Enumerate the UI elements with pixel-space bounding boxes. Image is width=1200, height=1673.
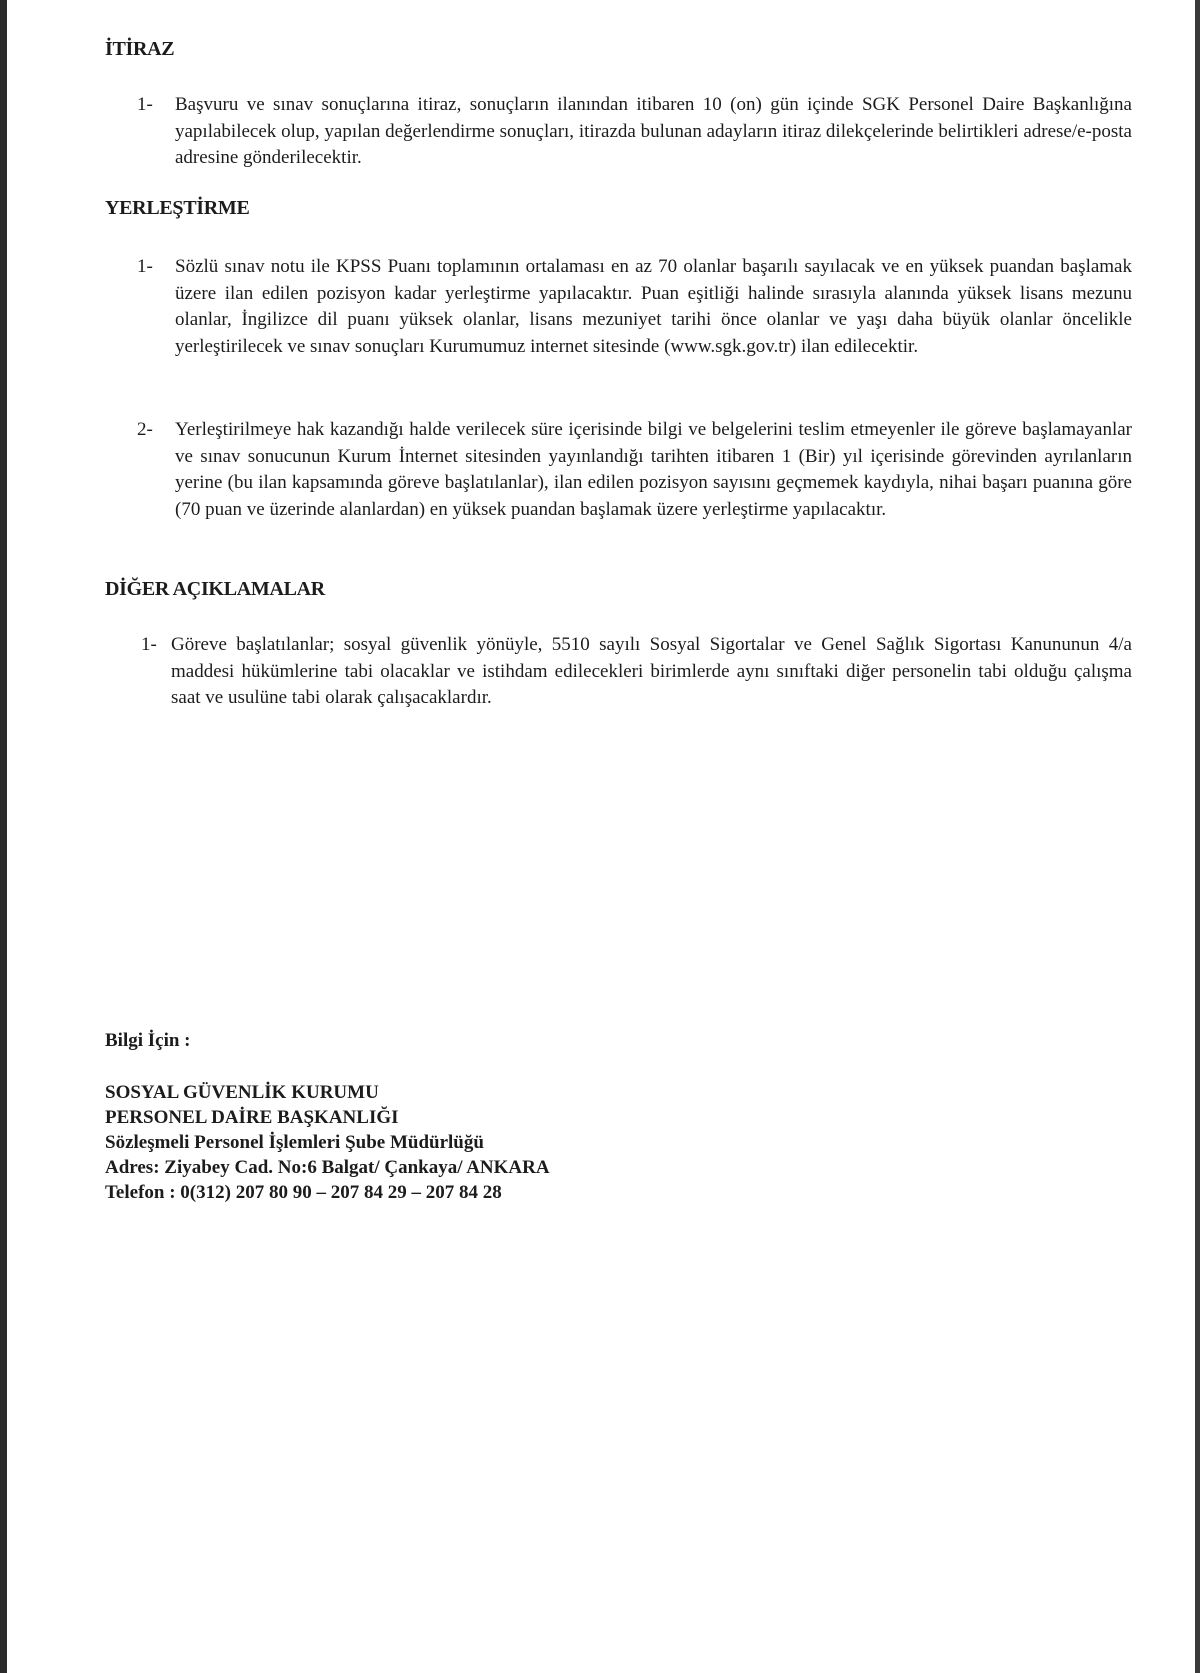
item-number: 2- (137, 417, 177, 444)
right-page-border (1195, 0, 1200, 1673)
yerlestirme-item-1: 1- Sözlü sınav notu ile KPSS Puanı topla… (137, 254, 1132, 360)
left-page-border (0, 0, 7, 1673)
item-number: 1- (141, 632, 181, 659)
section-heading-diger-aciklamalar: DİĞER AÇIKLAMALAR (105, 578, 325, 601)
section-heading-yerlestirme: YERLEŞTİRME (105, 197, 250, 220)
contact-department: PERSONEL DAİRE BAŞKANLIĞI (105, 1105, 550, 1130)
contact-label-block: Bilgi İçin : (105, 1028, 191, 1053)
contact-label: Bilgi İçin : (105, 1028, 191, 1053)
yerlestirme-item-2: 2- Yerleştirilmeye hak kazandığı halde v… (137, 417, 1132, 523)
item-text: Sözlü sınav notu ile KPSS Puanı toplamın… (175, 254, 1132, 360)
diger-aciklamalar-item-1: 1- Göreve başlatılanlar; sosyal güvenlik… (137, 632, 1132, 712)
contact-address: Adres: Ziyabey Cad. No:6 Balgat/ Çankaya… (105, 1155, 550, 1180)
contact-phone: Telefon : 0(312) 207 80 90 – 207 84 29 –… (105, 1180, 550, 1205)
contact-block: SOSYAL GÜVENLİK KURUMU PERSONEL DAİRE BA… (105, 1080, 550, 1205)
item-number: 1- (137, 92, 177, 119)
item-number: 1- (137, 254, 177, 281)
itiraz-item-1: 1- Başvuru ve sınav sonuçlarına itiraz, … (137, 92, 1132, 172)
section-heading-itiraz: İTİRAZ (105, 38, 174, 61)
contact-unit: Sözleşmeli Personel İşlemleri Şube Müdür… (105, 1130, 550, 1155)
contact-institution: SOSYAL GÜVENLİK KURUMU (105, 1080, 550, 1105)
item-text: Başvuru ve sınav sonuçlarına itiraz, son… (175, 92, 1132, 172)
document-page: İTİRAZ 1- Başvuru ve sınav sonuçlarına i… (7, 0, 1195, 1673)
item-text: Göreve başlatılanlar; sosyal güvenlik yö… (171, 632, 1132, 712)
item-text: Yerleştirilmeye hak kazandığı halde veri… (175, 417, 1132, 523)
